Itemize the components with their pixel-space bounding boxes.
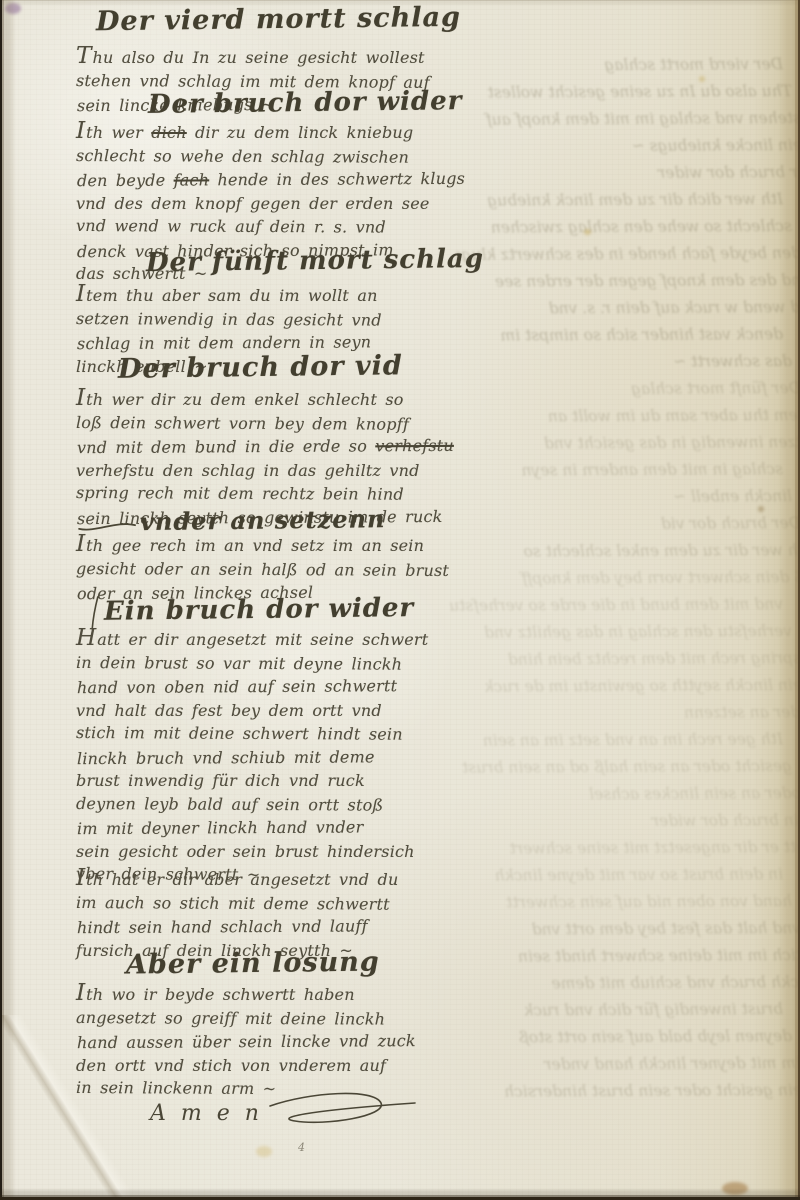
section-heading: Der vierd mortt schlag bbox=[96, 2, 461, 37]
text-line: den beyde fach hende in des schwertz klu… bbox=[77, 167, 461, 193]
paragraph: Ith wo ir beyde schwertt habenangesetzt … bbox=[76, 981, 460, 1101]
paper-stain bbox=[722, 1182, 748, 1195]
heading-text: Der bruch dor vid bbox=[118, 350, 403, 384]
text-line: den ortt vnd stich von vnderem auf bbox=[76, 1054, 460, 1078]
ghost-line: deynen leyb bald auf sein ortt stoß bbox=[447, 1027, 792, 1047]
ghost-line: Der bruch dor wider bbox=[474, 163, 800, 183]
text-line: deynen leyb bald auf sein ortt stoß bbox=[76, 791, 460, 817]
manuscript-page: Der vierd mortt schlagThu also du In zu … bbox=[0, 0, 800, 1200]
ghost-line: Der bruch dor vid bbox=[456, 514, 800, 534]
ghost-line: Ith wer dich dir zu dem linck kniebug bbox=[438, 190, 783, 210]
struck-word: dich bbox=[151, 123, 186, 142]
ghost-line: das schwertt ~ bbox=[447, 352, 792, 372]
ghost-line: schlag in mit dem andern in seyn bbox=[438, 460, 783, 480]
ghost-line: oder an sein linckes achsel bbox=[456, 784, 800, 804]
ghost-line: den beyde fach hende in des schwertz klu… bbox=[456, 244, 800, 264]
ghost-line: denck vast hinder sich so nimpst im bbox=[438, 325, 783, 345]
section-heading: Ein bruch dor wider bbox=[90, 592, 415, 630]
paper-stain bbox=[584, 229, 591, 235]
ghost-line: loß dein schwert vorn bey dem knopff bbox=[474, 568, 800, 588]
text-line: sein gesicht oder sein brust hindersich bbox=[76, 840, 460, 864]
text-line: Ith wer dir zu dem enkel schlecht so bbox=[76, 386, 460, 412]
ghost-line: gesicht oder an sein halß od an sein bru… bbox=[447, 757, 792, 777]
paragraph: Hatt er dir angesetzt mit seine schwerti… bbox=[76, 626, 460, 887]
text-line: in dein brust so var mit deyne linckh bbox=[76, 650, 460, 676]
ghost-line: spring rech mit dem rechtz bein hind bbox=[456, 649, 800, 669]
text-line: angesetzt so greiff mit deine linckh bbox=[76, 1005, 460, 1031]
text-line: spring rech mit dem rechtz bein hind bbox=[76, 481, 460, 507]
ink-smudge bbox=[5, 3, 21, 14]
page-edge bbox=[0, 1188, 800, 1200]
text-line: vnd des dem knopf gegen der erden see bbox=[76, 192, 460, 216]
ghost-line: Der vierd mortt schlag bbox=[438, 55, 783, 75]
ghost-line: brust inwendig für dich vnd ruck bbox=[438, 1000, 783, 1020]
section-heading: Aber ein losung bbox=[126, 946, 380, 980]
flourish-swash-icon bbox=[78, 516, 136, 533]
paper-stain bbox=[699, 76, 705, 82]
ghost-line: stich im mit deine schwert hindt sein bbox=[465, 946, 800, 966]
ghost-line: Ith wer dir zu dem enkel schlecht so bbox=[465, 541, 800, 561]
ghost-line: Ith gee rech im an vnd setz im an sein bbox=[438, 730, 783, 750]
heading-text: Aber ein losung bbox=[126, 946, 380, 980]
paper-stain bbox=[256, 1146, 272, 1157]
ghost-line: vnd wend w ruck auf dein r. s. vnd bbox=[474, 298, 800, 318]
ghost-line: setzen inwendig in das gesicht vnd bbox=[474, 433, 800, 453]
heading-text: Ein bruch dor wider bbox=[104, 593, 415, 627]
text-line: vnd mit dem bund in die erde so verhefst… bbox=[77, 434, 461, 460]
struck-word: verhefstu bbox=[375, 436, 454, 455]
text-line: verhefstu den schlag in das gehiltz vnd bbox=[76, 459, 460, 483]
text-line: linckh bruch vnd schiub mit deme bbox=[77, 744, 461, 770]
ghost-line: stehen vnd schlag im mit dem knopf auf bbox=[456, 109, 800, 129]
text-line: setzen inwendig in das gesicht vnd bbox=[76, 306, 460, 332]
text-line: Ith hat er dir aber angesetzt vnd du bbox=[76, 866, 460, 892]
section-heading: Der bruch dor wider bbox=[148, 86, 463, 120]
section-heading: Der bruch dor vid bbox=[118, 350, 403, 384]
text-line: vnd halt das fest bey dem ortt vnd bbox=[76, 699, 460, 723]
text-line: brust inwendig für dich vnd ruck bbox=[76, 769, 460, 793]
ghost-line: im mit deyner linckh hand vnder bbox=[456, 1054, 800, 1074]
amen-colophon: Amen bbox=[150, 1090, 418, 1134]
text-line: vnd wend w ruck auf dein r. s. vnd bbox=[76, 214, 460, 240]
ghost-line: sein lincke kniebugs ~ bbox=[465, 136, 800, 156]
amen-text: Amen bbox=[150, 1101, 274, 1126]
text-line: hindt sein hand schlach vnd lauff bbox=[77, 914, 461, 940]
text-line: im auch so stich mit deme schwertt bbox=[76, 890, 460, 916]
text-line: im mit deyner linckh hand vnder bbox=[77, 815, 461, 841]
text-line: Ith wer dich dir zu dem linck kniebug bbox=[76, 119, 460, 145]
ghost-line: Item thu aber sam du im wollt an bbox=[465, 406, 800, 426]
paper-stain bbox=[758, 506, 764, 512]
text-line: stich im mit deine schwert hindt sein bbox=[76, 721, 460, 747]
heading-text: Der bruch dor wider bbox=[148, 86, 463, 120]
ghost-line: schlecht so wehe den schlag zwischen bbox=[447, 217, 792, 237]
ghost-line: vnd halt das fest bey dem ortt vnd bbox=[456, 919, 800, 939]
text-line: Ith wo ir beyde schwertt haben bbox=[76, 981, 460, 1007]
ghost-line: Hatt er dir angesetzt mit seine schwert bbox=[474, 838, 800, 858]
text-line: Thu also du In zu seine gesicht wollest bbox=[76, 44, 460, 70]
ghost-line: vnder an setzenn bbox=[474, 703, 800, 723]
quire-mark: 4 bbox=[298, 1141, 305, 1154]
page-edge bbox=[778, 0, 800, 1200]
heading-text: Der fünft mort schlag bbox=[146, 244, 484, 278]
text-line: schlecht so wehe den schlag zwischen bbox=[76, 143, 460, 169]
ghost-line: linckh enbell ~ bbox=[447, 487, 792, 507]
ghost-line: Thu also du In zu seine gesicht wollest bbox=[447, 82, 792, 102]
text-line: Ith gee rech im an vnd setz im an sein bbox=[76, 532, 460, 558]
ghost-line: verhefstu den schlag in das gehiltz vnd bbox=[447, 622, 792, 642]
text-line: Item thu aber sam du im wollt an bbox=[76, 282, 460, 308]
text-line: loß dein schwert vorn bey dem knopff bbox=[76, 410, 460, 436]
ghost-line: sein gesicht oder sein brust hindersich bbox=[465, 1081, 800, 1101]
ghost-line: vnd des dem knopf gegen der erden see bbox=[465, 271, 800, 291]
ghost-line: vnd mit dem bund in die erde so verhefst… bbox=[438, 595, 783, 615]
text-line: Hatt er dir angesetzt mit seine schwert bbox=[76, 626, 460, 652]
ghost-line: linckh bruch vnd schiub mit deme bbox=[474, 973, 800, 993]
struck-word: fach bbox=[174, 170, 210, 189]
text-line: gesicht oder an sein halß od an sein bru… bbox=[76, 556, 460, 582]
heading-text: Der vierd mortt schlag bbox=[96, 2, 461, 37]
ghost-line: in dein brust so var mit deyne linckh bbox=[438, 865, 783, 885]
text-line: hand aussen über sein lincke vnd zuck bbox=[77, 1029, 461, 1055]
ghost-line: hand von oben nid auf sein schwertt bbox=[447, 892, 792, 912]
section-heading: Der fünft mort schlag bbox=[146, 244, 484, 278]
ghost-line: Der fünft mort schlag bbox=[456, 379, 800, 399]
text-line: hand von oben nid auf sein schwertt bbox=[77, 674, 461, 700]
ghost-line: sein linckh seytth so gewinstu im de ruc… bbox=[465, 676, 800, 696]
page-edge bbox=[0, 0, 16, 1200]
ghost-line: Ein bruch dor wider bbox=[465, 811, 800, 831]
flourish-loop-icon bbox=[268, 1090, 418, 1134]
